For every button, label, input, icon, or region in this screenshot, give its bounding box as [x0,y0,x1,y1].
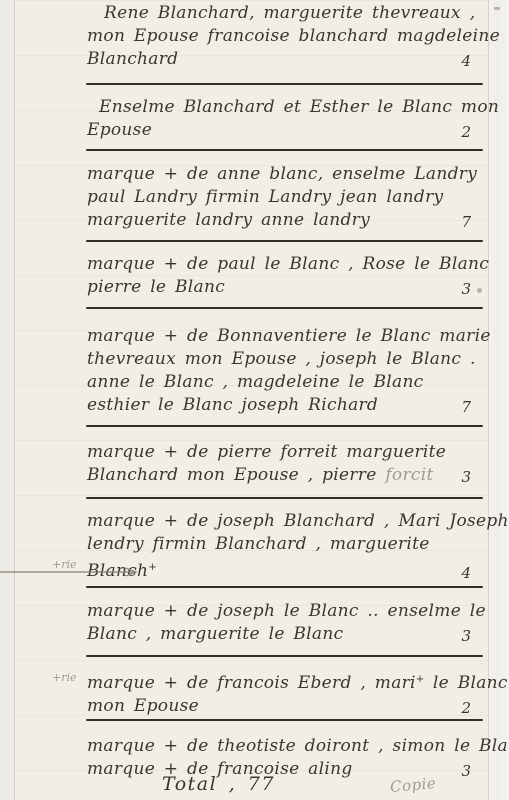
entry-line: thevreaux mon Epouse , joseph le Blanc . [87,348,483,371]
entry-line: pierre le Blanc [87,276,483,299]
entry-line: Blanchard [87,48,483,71]
register-entry-4: marque + de paul le Blanc , Rose le Blan… [87,253,483,299]
entry-line-text: Blanchard mon Epouse , pierre [87,465,377,485]
entry-divider [86,83,483,85]
entry-line: marque + de joseph Blanchard , Mari Jose… [87,510,483,533]
entry-line: Enselme Blanchard et Esther le Blanc mon [87,96,483,119]
register-entry-3: marque + de anne blanc, enselme Landry p… [87,163,483,232]
entry-count: 4 [461,52,471,70]
entry-count: 3 [461,627,471,645]
register-entry-5: marque + de Bonnaventiere le Blanc marie… [87,325,483,417]
register-entry-8: marque + de joseph le Blanc .. enselme l… [87,600,483,646]
entry-count: 3 [461,762,471,780]
scanned-register-page: Rene Blanchard, marguerite thevreaux , m… [0,0,509,800]
entry-line: marque + de paul le Blanc , Rose le Blan… [87,253,483,276]
entry-divider [86,307,483,309]
entry-line: anne le Blanc , magdeleine le Blanc [87,371,483,394]
total-line: Total , 77 [162,773,275,795]
entry-line: Blanchard mon Epouse , pierre forcit [87,464,483,487]
entry-line: marque + de theotiste doiront , simon le… [87,735,483,758]
entry-line: marque + de anne blanc, enselme Landry [87,163,483,186]
pencil-correction: forcit [385,465,433,485]
entry-line: marque + de pierre forreit marguerite [87,441,483,464]
entry-line: Rene Blanchard, marguerite thevreaux , [87,2,483,25]
entry-count: 2 [461,123,471,141]
entry-line: Blanch+ [87,556,483,583]
register-entry-9: marque + de francois Eberd , mari+ le Bl… [87,668,483,718]
register-entry-1: Rene Blanchard, marguerite thevreaux , m… [87,2,483,71]
entry-count: 7 [461,213,471,231]
page-edge-left [0,0,15,800]
entry-line-text: le Blanc [424,673,508,693]
entry-count: 3 [461,280,471,298]
entry-divider [86,425,483,427]
entry-divider [86,719,483,721]
entry-count: 7 [461,398,471,416]
entry-divider [86,149,483,151]
entry-divider [86,497,483,499]
register-entry-2: Enselme Blanchard et Esther le Blanc mon… [87,96,483,142]
entry-line-text: marque + de francois Eberd , mari [87,673,416,693]
entry-line: paul Landry firmin Landry jean landry [87,186,483,209]
entry-line: mon Epouse [87,695,483,718]
entry-line: esthier le Blanc joseph Richard [87,394,483,417]
margin-annotation: +rie [52,671,77,684]
entry-line: lendry firmin Blanchard , marguerite [87,533,483,556]
register-entry-7: marque + de joseph Blanchard , Mari Jose… [87,510,483,583]
copy-annotation: Copie [389,774,437,796]
insertion-mark: + [416,674,424,685]
entry-count: 2 [461,699,471,717]
entry-line: Epouse [87,119,483,142]
entry-line: marguerite landry anne landry [87,209,483,232]
margin-arrow-icon [0,566,145,578]
entry-count: 3 [461,468,471,486]
entry-divider [86,586,483,588]
entry-line: Blanc , marguerite le Blanc [87,623,483,646]
entry-line: mon Epouse francoise blanchard magdelein… [87,25,483,48]
scan-speck [494,7,500,10]
entry-line: marque + de joseph le Blanc .. enselme l… [87,600,483,623]
entry-line: marque + de Bonnaventiere le Blanc marie [87,325,483,348]
scan-speck [477,288,482,293]
entry-divider [86,655,483,657]
register-entry-6: marque + de pierre forreit marguerite Bl… [87,441,483,487]
entry-count: 4 [461,564,471,582]
entry-divider [86,240,483,242]
insertion-mark: + [148,562,156,573]
entry-line: marque + de francois Eberd , mari+ le Bl… [87,668,483,695]
